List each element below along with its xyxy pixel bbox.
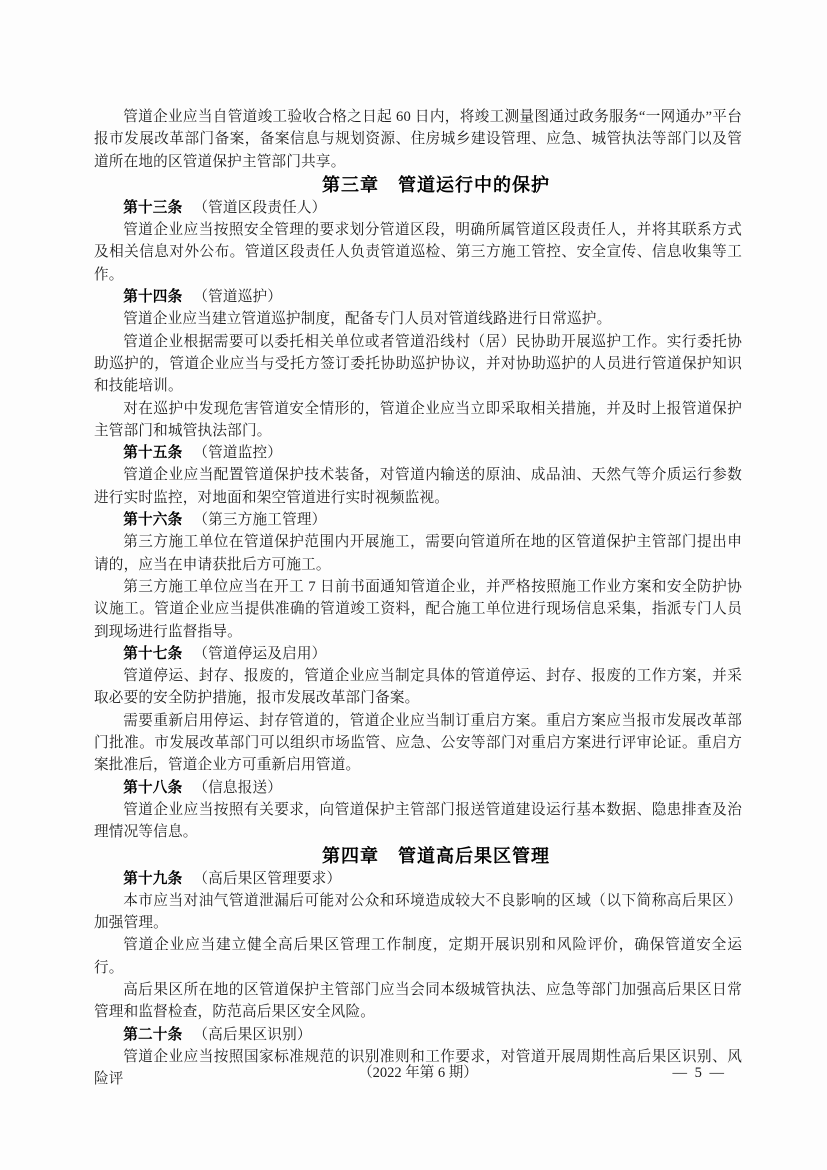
footer-issue-label: （2022 年第 6 期） [94, 1062, 742, 1084]
chapter-heading: 第四章 管道高后果区管理 [94, 844, 742, 868]
article-heading: 第二十条（高后果区识别） [94, 1024, 742, 1046]
article-title: （高后果区管理要求） [193, 871, 341, 887]
article-heading: 第十八条（信息报送） [94, 777, 742, 799]
paragraph: 管道停运、封存、报废的，管道企业应当制定具体的管道停运、封存、报废的工作方案，并… [94, 665, 742, 710]
article-title: （管道停运及启用） [193, 646, 326, 662]
article-heading: 第十四条（管道巡护） [94, 286, 742, 308]
article-heading: 第十三条（管道区段责任人） [94, 197, 742, 219]
chapter-heading: 第三章 管道运行中的保护 [94, 173, 742, 197]
article-number: 第十八条 [123, 780, 182, 796]
paragraph: 第三方施工单位在管道保护范围内开展施工，需要向管道所在地的区管道保护主管部门提出… [94, 531, 742, 576]
paragraph: 对在巡护中发现危害管道安全情形的，管道企业应当立即采取相关措施，并及时上报管道保… [94, 398, 742, 443]
paragraph: 管道企业应当自管道竣工验收合格之日起 60 日内，将竣工测量图通过政务服务“一网… [94, 106, 742, 173]
article-title: （管道区段责任人） [193, 200, 326, 216]
article-title: （管道监控） [193, 445, 282, 461]
document-page: 管道企业应当自管道竣工验收合格之日起 60 日内，将竣工测量图通过政务服务“一网… [94, 106, 742, 1090]
article-title: （高后果区识别） [193, 1027, 311, 1043]
article-number: 第十三条 [123, 200, 182, 216]
paragraph: 第三方施工单位应当在开工 7 日前书面通知管道企业，并严格按照施工作业方案和安全… [94, 576, 742, 643]
article-number: 第十四条 [123, 289, 182, 305]
paragraph: 管道企业应当配置管道保护技术装备，对管道内输送的原油、成品油、天然气等介质运行参… [94, 464, 742, 509]
article-number: 第十六条 [123, 512, 182, 528]
paragraph: 管道企业应当按照有关要求，向管道保护主管部门报送管道建设运行基本数据、隐患排查及… [94, 799, 742, 844]
paragraph: 需要重新启用停运、封存管道的，管道企业应当制订重启方案。重启方案应当报市发展改革… [94, 710, 742, 777]
article-number: 第十五条 [123, 445, 182, 461]
footer-page-number: — 5 — [673, 1062, 727, 1084]
article-heading: 第十九条（高后果区管理要求） [94, 868, 742, 890]
article-heading: 第十六条（第三方施工管理） [94, 509, 742, 531]
article-heading: 第十五条（管道监控） [94, 442, 742, 464]
article-title: （信息报送） [193, 780, 282, 796]
article-number: 第十七条 [123, 646, 182, 662]
paragraph: 管道企业应当按照安全管理的要求划分管道区段，明确所属管道区段责任人，并将其联系方… [94, 219, 742, 286]
paragraph: 管道企业应当建立管道巡护制度，配备专门人员对管道线路进行日常巡护。 [94, 308, 742, 330]
paragraph: 高后果区所在地的区管道保护主管部门应当会同本级城管执法、应急等部门加强高后果区日… [94, 979, 742, 1024]
article-heading: 第十七条（管道停运及启用） [94, 643, 742, 665]
article-number: 第十九条 [123, 871, 182, 887]
article-number: 第二十条 [123, 1027, 182, 1043]
paragraph: 管道企业根据需要可以委托相关单位或者管道沿线村（居）民协助开展巡护工作。实行委托… [94, 331, 742, 398]
article-title: （管道巡护） [193, 289, 282, 305]
article-title: （第三方施工管理） [193, 512, 326, 528]
paragraph: 本市应当对油气管道泄漏后可能对公众和环境造成较大不良影响的区域（以下简称高后果区… [94, 890, 742, 935]
page-footer: （2022 年第 6 期） — 5 — [94, 1062, 742, 1084]
paragraph: 管道企业应当建立健全高后果区管理工作制度，定期开展识别和风险评价，确保管道安全运… [94, 934, 742, 979]
